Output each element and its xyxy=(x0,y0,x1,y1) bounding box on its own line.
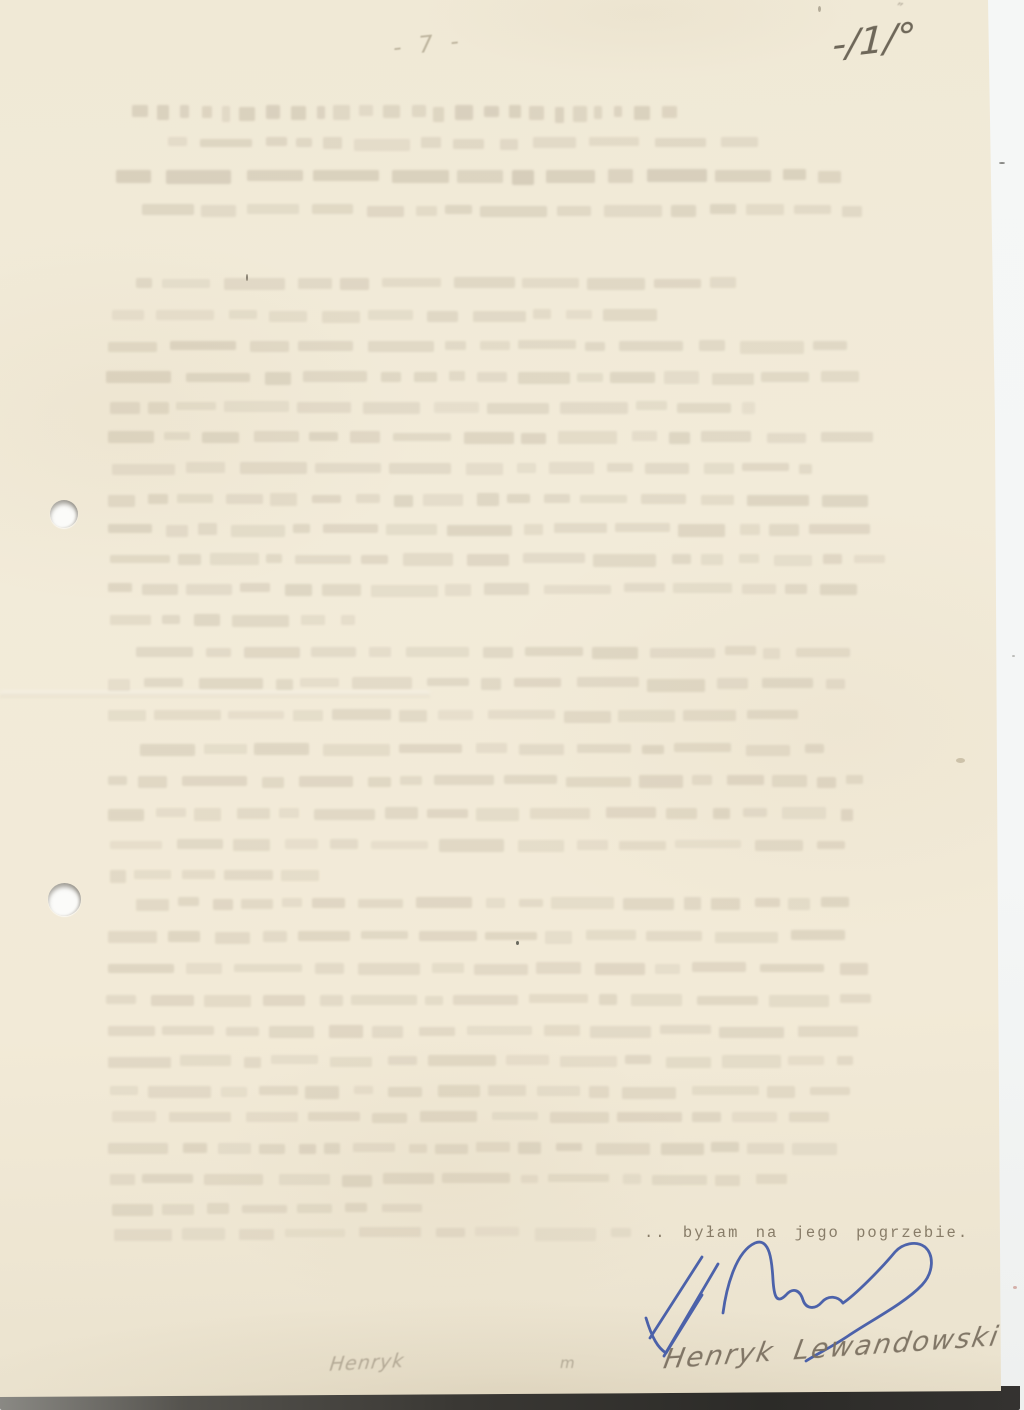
faint-pencil-annotation: Henryk xyxy=(328,1350,405,1376)
dust-speck xyxy=(516,941,519,945)
dust-speck xyxy=(1013,1286,1017,1289)
dust-speck xyxy=(956,758,965,763)
paper-sheet: - 7 - -/1/° ″ .. byłam na jego pogrzebie… xyxy=(0,0,1001,1397)
dust-speck xyxy=(1012,655,1015,657)
dust-speck xyxy=(818,6,821,12)
scanned-document-page: - 7 - -/1/° ″ .. byłam na jego pogrzebie… xyxy=(0,0,1024,1410)
dust-speck xyxy=(246,274,248,281)
punch-hole xyxy=(50,500,78,528)
punch-hole xyxy=(48,883,81,916)
dust-speck xyxy=(999,162,1005,164)
signature-ink-flourish xyxy=(600,1230,1024,1410)
faded-typewritten-text xyxy=(0,0,1001,1397)
stray-pencil-mark: m xyxy=(560,1354,575,1372)
